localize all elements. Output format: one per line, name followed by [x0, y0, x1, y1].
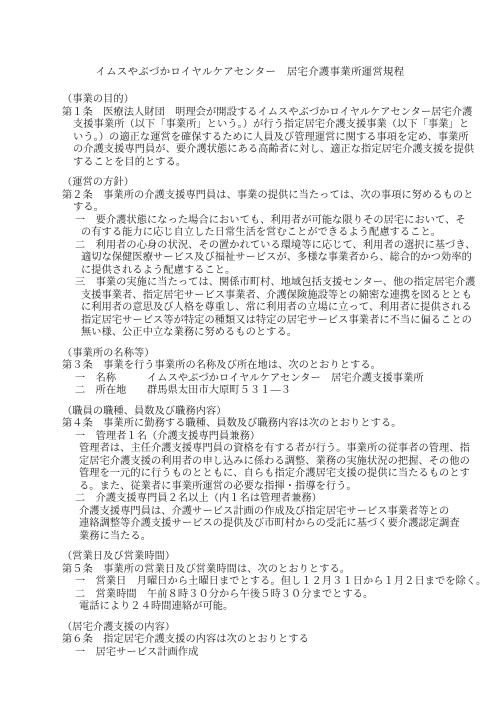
- document-line: することを目的とする。: [62, 157, 472, 170]
- document-line: 二 介護支援専門員２名以上（内１名は管理者兼務）: [62, 493, 472, 506]
- document-line: る。また、従業者に事業所運営の必要な指揮・指導を行う。: [62, 481, 472, 494]
- document-body: （事業の目的）第１条 医療法人財団 明理会が開設するイムスやぶづかロイヤルケアセ…: [62, 94, 472, 659]
- document-line: 第５条 事業所の営業日及び営業時間は、次のとおりとする。: [62, 564, 472, 577]
- document-line: いう。）の適正な運営を確保するために人員及び管理運営に関する事項を定め、事業所: [62, 132, 472, 145]
- document-line: 一 営業日 月曜日から土曜日までとする。但し１２月３１日から１月２日までを除く。: [62, 576, 472, 589]
- document-line: 一 名称 イムスやぶづかロイヤルケアセンター 居宅介護支援事業所: [62, 373, 472, 386]
- section-heading: （事業所の名称等）: [62, 348, 472, 361]
- document-line: 管理を一元的に行うものとともに、自らも指定介護居宅支援の提供に当たるものとす: [62, 468, 472, 481]
- document-line: 無い様、公正中立な業務に努めるものとする。: [62, 327, 472, 340]
- document-line: に提供されるよう配慮すること。: [62, 265, 472, 278]
- document-line: 電話により２４時間連絡が可能。: [62, 601, 472, 614]
- document-line: 介護支援専門員は、介護サービス計画の作成及び指定居宅サービス事業者等との: [62, 506, 472, 519]
- document-line: 定居宅介護支援の利用者の申し込みに係わる調整、業務の実施状況の把握、その他の: [62, 456, 472, 469]
- document-page: イムスやぶづかロイヤルケアセンター 居宅介護事業所運営規程 （事業の目的）第１条…: [0, 0, 500, 707]
- document-line: の介護支援専門員が、要介護状態にある高齢者に対し、適正な指定居宅介護支援を提供: [62, 144, 472, 157]
- document-line: 適切な保健医療サービス及び福祉サービスが、多様な事業者から、総合的かつ効率的: [62, 252, 472, 265]
- document-line: 一 要介護状態になった場合においても、利用者が可能な限りその居宅において、そ: [62, 215, 472, 228]
- document-line: 一 管理者１名（介護支援専門員兼務）: [62, 431, 472, 444]
- document-line: 業務に当たる。: [62, 531, 472, 544]
- document-title: イムスやぶづかロイヤルケアセンター 居宅介護事業所運営規程: [0, 0, 500, 94]
- section-heading: （職員の職種、員数及び職務内容）: [62, 406, 472, 419]
- document-line: 連絡調整等介護支援サービスの提供及び市町村からの受託に基づく要介護認定調査: [62, 518, 472, 531]
- section-heading: （事業の目的）: [62, 94, 472, 107]
- document-line: 二 営業時間 午前８時３０分から午後５時３０分までとする。: [62, 589, 472, 602]
- document-line: 二 利用者の心身の状況、その置かれている環境等に応じて、利用者の選択に基づき、: [62, 240, 472, 253]
- document-line: 管理者は、主任介護支援専門員の資格を有する者が行う。事業所の従事者の管理、指: [62, 443, 472, 456]
- document-line: の有する能力に応じ自立した日常生活を営むことができるよう配慮すること。: [62, 227, 472, 240]
- document-line: する。: [62, 202, 472, 215]
- document-line: 第３条 事業を行う事業所の名称及び所在地は、次のとおりとする。: [62, 360, 472, 373]
- section-heading: （居宅介護支援の内容）: [62, 622, 472, 635]
- document-line: 第１条 医療法人財団 明理会が開設するイムスやぶづかロイヤルケアセンター居宅介護: [62, 107, 472, 120]
- document-line: 支援事業所（以下「事業所」という。）が行う指定居宅介護支援事業（以下「事業」と: [62, 119, 472, 132]
- section-heading: （運営の方針）: [62, 177, 472, 190]
- document-line: 三 事業の実施に当たっては、関係市町村、地域包括支援センター、他の指定居宅介護: [62, 277, 472, 290]
- document-line: 第４条 事業所に勤務する職種、員数及び職務内容は次のとおりとする。: [62, 418, 472, 431]
- document-line: 第２条 事業所の介護支援専門員は、事業の提供に当たっては、次の事項に努めるものと: [62, 190, 472, 203]
- document-line: 支援事業者、指定居宅サービス事業者、介護保険施設等との綿密な連携を図るととも: [62, 290, 472, 303]
- document-line: に利用者の意思及び人格を尊重し、常に利用者の立場に立って、利用者に提供される: [62, 302, 472, 315]
- section-heading: （営業日及び営業時間）: [62, 551, 472, 564]
- document-line: 第６条 指定居宅介護支援の内容は次のとおりとする: [62, 634, 472, 647]
- document-line: 一 居宅サービス計画作成: [62, 647, 472, 660]
- document-line: 指定居宅サービス等が特定の種類又は特定の居宅サービス事業者に不当に偏ることの: [62, 315, 472, 328]
- document-line: 二 所在地 群馬県太田市大原町５３１―３: [62, 385, 472, 398]
